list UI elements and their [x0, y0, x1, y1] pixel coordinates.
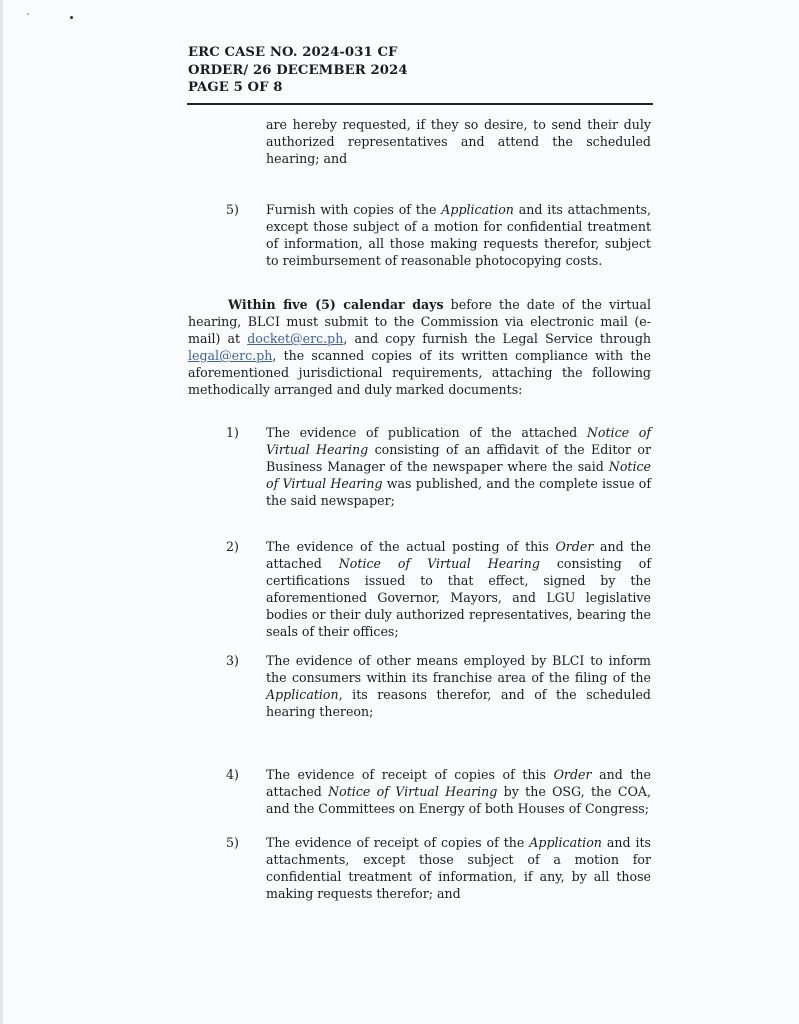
scan-speck: [70, 16, 73, 19]
emphasized-term: Application: [529, 835, 602, 850]
requirement-number: 5): [226, 834, 239, 851]
emphasized-term: Order: [554, 767, 592, 782]
legal-email-link[interactable]: legal@erc.ph: [188, 348, 272, 363]
requirement-text: The evidence of publication of the attac…: [266, 424, 651, 509]
emphasized-term: Notice of Virtual Hearing: [339, 556, 540, 571]
emphasized-term: Order: [555, 539, 593, 554]
requirement-text: The evidence of receipt of copies of the…: [266, 834, 651, 902]
scan-speck: [27, 13, 29, 15]
emphasized-term: Application: [266, 687, 339, 702]
deadline-lead: Within five (5) calendar days: [228, 297, 444, 312]
requirement-number: 1): [226, 424, 239, 441]
requirement-number: 2): [226, 538, 239, 555]
application-term: Application: [441, 202, 514, 217]
requirement-number: 4): [226, 766, 239, 783]
compliance-paragraph: Within five (5) calendar days before the…: [188, 296, 651, 398]
requirement-number: 3): [226, 652, 239, 669]
docket-email-link[interactable]: docket@erc.ph: [247, 331, 343, 346]
top-item-text: Furnish with copies of the Application a…: [266, 201, 651, 269]
page-indicator: PAGE 5 OF 8: [188, 79, 653, 97]
continuation-paragraph: are hereby requested, if they so desire,…: [266, 116, 651, 167]
requirement-text: The evidence of receipt of copies of thi…: [266, 766, 651, 817]
case-number: ERC CASE NO. 2024-031 CF: [188, 44, 653, 62]
order-date: ORDER/ 26 DECEMBER 2024: [188, 62, 653, 80]
document-header: ERC CASE NO. 2024-031 CF ORDER/ 26 DECEM…: [188, 44, 653, 97]
top-item-number: 5): [226, 201, 239, 218]
emphasized-term: Notice of Virtual Hearing: [328, 784, 497, 799]
requirement-text: The evidence of the actual posting of th…: [266, 538, 651, 640]
header-divider: [187, 103, 653, 105]
requirement-text: The evidence of other means employed by …: [266, 652, 651, 720]
scan-edge: [0, 0, 3, 1024]
